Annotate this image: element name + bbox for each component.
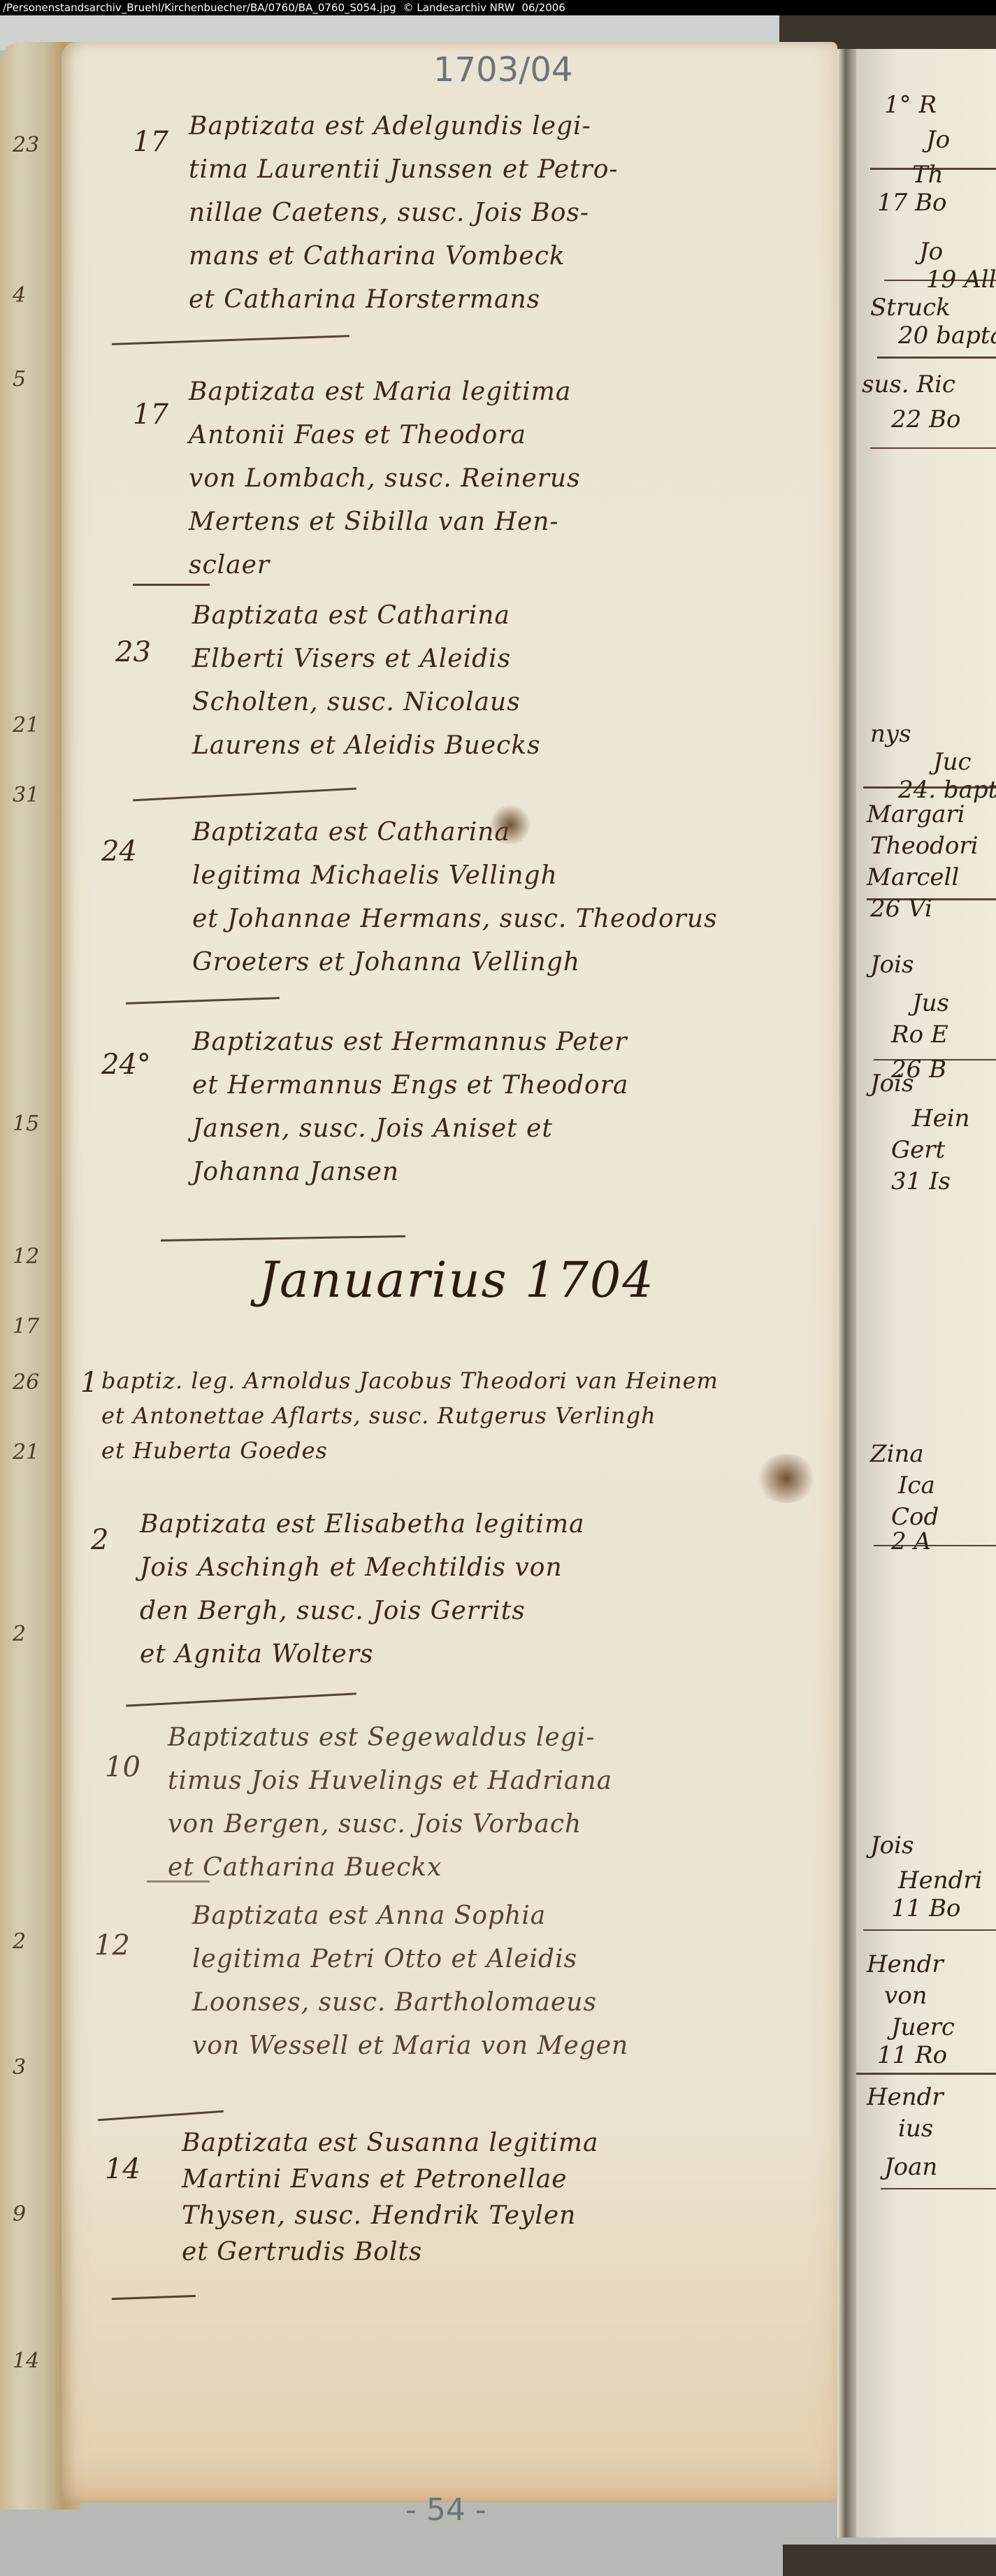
entry-line: et Agnita Wolters [140, 1633, 585, 1676]
facing-divider [884, 280, 996, 281]
entry-line: den Bergh, susc. Jois Gerrits [140, 1590, 585, 1633]
edge-number: 2 [13, 1622, 26, 1646]
entry-line: mans et Catharina Vombeck [189, 235, 619, 278]
facing-text: sus. Ric [862, 370, 955, 398]
facing-text: 11 Bo [891, 1894, 961, 1922]
facing-text: 24. bapti [898, 776, 996, 804]
entry-line: sclaer [189, 544, 581, 587]
edge-number: 21 [13, 713, 39, 737]
entry-line: Groeters et Johanna Vellingh [192, 941, 718, 984]
facing-text: von [884, 1982, 928, 2010]
entry-line: von Bergen, susc. Jois Vorbach [168, 1803, 612, 1846]
pencil-year-annotation: 1703/04 [433, 50, 572, 89]
entry-day: 12 [94, 1929, 130, 1962]
facing-divider [863, 1929, 996, 1931]
entry-line: Thysen, susc. Hendrik Teylen [182, 2198, 598, 2234]
facing-divider [877, 357, 996, 359]
entry-line: Scholten, susc. Nicolaus [192, 681, 541, 724]
entry-line: tima Laurentii Junssen et Petro- [189, 148, 619, 192]
facing-text: ius [898, 2115, 933, 2143]
facing-text: Jois [870, 1832, 914, 1859]
facing-text: 11 Ro [877, 2041, 947, 2069]
entry-line: Johanna Jansen [192, 1151, 628, 1194]
facing-text: Hendr [867, 1950, 944, 1978]
facing-text: 20 bapta [898, 322, 996, 350]
entry-line: et Huberta Goedes [101, 1433, 719, 1468]
facing-text: Jus [912, 989, 949, 1017]
entry-line: et Catharina Horstermans [189, 278, 619, 322]
entry-day: 10 [105, 1751, 140, 1783]
entry-line: et Hermannus Engs et Theodora [192, 1064, 628, 1107]
page-number: - 54 - [405, 2492, 486, 2528]
facing-divider [874, 1059, 996, 1060]
entry-line: Baptizata est Catharina [192, 811, 718, 854]
entry-line: Baptizata est Catharina [192, 594, 541, 638]
edge-number: 9 [13, 2202, 26, 2226]
entry-day: 24 [101, 835, 137, 868]
edge-number: 4 [13, 283, 26, 308]
entry-day: 14 [105, 2153, 140, 2185]
entry-line: Baptizatus est Hermannus Peter [192, 1021, 628, 1064]
facing-divider [867, 898, 996, 900]
facing-text: Juerc [891, 2013, 955, 2041]
facing-text: Marcell [867, 863, 959, 891]
entry-line: timus Jois Huvelings et Hadriana [168, 1760, 612, 1803]
ink-blot [489, 804, 531, 846]
entry-day: 2 [91, 1524, 108, 1556]
facing-text: Zina [870, 1440, 924, 1468]
facing-text: Theodori [870, 832, 979, 860]
entry-line: Elberti Visers et Aleidis [192, 638, 541, 681]
entry-line: Baptizata est Elisabetha legitima [140, 1503, 585, 1546]
entry-line: et Gertrudis Bolts [182, 2234, 598, 2271]
facing-divider [870, 168, 996, 170]
facing-text: 1° R [884, 91, 937, 119]
entry-line: Baptizata est Susanna legitima [182, 2125, 598, 2161]
facing-text: Ica [898, 1472, 935, 1499]
copyright-text: © Landesarchiv NRW [403, 1, 515, 14]
entry-line: nillae Caetens, susc. Jois Bos- [189, 192, 619, 235]
facing-text: Joan [884, 2153, 937, 2181]
facing-divider [881, 2188, 996, 2189]
facing-text: Juc [933, 748, 972, 776]
facing-divider [870, 447, 996, 449]
edge-number: 31 [13, 783, 39, 807]
entry-line: Baptizata est Anna Sophia [192, 1894, 628, 1938]
facing-text: Th [912, 161, 944, 189]
facing-text: Hendri [898, 1866, 983, 1894]
facing-text: Gert [891, 1136, 945, 1164]
facing-divider [863, 786, 996, 789]
entry-line: Martini Evans et Petronellae [182, 2161, 598, 2198]
edge-number: 15 [13, 1111, 39, 1136]
entry-line: von Lombach, susc. Reinerus [189, 457, 581, 501]
facing-text: 17 Bo [877, 189, 947, 217]
scan-date: 06/2006 [522, 1, 565, 14]
entry-line: Jois Aschingh et Mechtildis von [140, 1546, 585, 1590]
facing-text: 31 Is [891, 1167, 951, 1195]
entry-line: Jansen, susc. Jois Aniset et [192, 1107, 628, 1151]
facing-text: Ro E [891, 1021, 948, 1049]
entry-line: Baptizatus est Segewaldus legi- [168, 1716, 612, 1760]
edge-number: 21 [13, 1440, 39, 1465]
entry-line: legitima Michaelis Vellingh [192, 854, 718, 898]
entry-line: Antonii Faes et Theodora [189, 414, 581, 457]
entry-day: 24° [101, 1049, 151, 1081]
facing-divider [874, 1545, 996, 1546]
entry-line: Laurens et Aleidis Buecks [192, 724, 541, 768]
entry-day: 17 [133, 126, 168, 158]
entry-day: 1 [80, 1367, 98, 1399]
facing-text: Jo [919, 238, 943, 266]
facing-text: Jois [870, 951, 914, 979]
facing-text: Hendr [867, 2083, 944, 2111]
entry-line: et Antonettae Aflarts, susc. Rutgerus Ve… [101, 1398, 719, 1433]
facing-page: 1° R Jo Th 17 Bo Jo 19 Allegi Struck 20 … [856, 49, 996, 2538]
entry-line: et Catharina Bueckx [168, 1846, 612, 1890]
ink-blot [755, 1454, 818, 1503]
entry-line: Loonses, susc. Bartholomaeus [192, 1981, 628, 2024]
entry-day: 23 [115, 636, 151, 668]
entry-line: von Wessell et Maria von Megen [192, 2024, 628, 2068]
edge-number: 17 [13, 1314, 39, 1339]
facing-text: Hein [912, 1104, 970, 1132]
entry-divider [133, 584, 210, 586]
facing-text: 2 A [891, 1527, 931, 1555]
facing-text: 22 Bo [891, 405, 961, 433]
edge-number: 3 [13, 2055, 26, 2080]
file-path: /Personenstandsarchiv_Bruehl/Kirchenbuec… [3, 1, 396, 14]
entry-day: 17 [133, 398, 168, 431]
entry-line: Baptizata est Maria legitima [189, 370, 581, 414]
edge-number: 2 [13, 1929, 26, 1954]
entry-divider [147, 1880, 210, 1883]
facing-text: Cod [891, 1503, 939, 1531]
archive-caption-bar: /Personenstandsarchiv_Bruehl/Kirchenbuec… [0, 0, 996, 15]
facing-text: Jo [926, 126, 950, 154]
edge-number: 26 [13, 1370, 39, 1395]
entry-line: baptiz. leg. Arnoldus Jacobus Theodori v… [101, 1363, 719, 1398]
edge-number: 12 [13, 1244, 39, 1269]
facing-text: Jois [870, 1070, 914, 1098]
entry-line: Mertens et Sibilla van Hen- [189, 501, 581, 544]
edge-number: 5 [13, 367, 26, 391]
edge-number: 14 [13, 2349, 39, 2373]
scan-backdrop-bottom [783, 2545, 996, 2576]
facing-text: nys [870, 720, 911, 748]
entry-line: Baptizata est Adelgundis legi- [189, 105, 619, 148]
entry-line: legitima Petri Otto et Aleidis [192, 1938, 628, 1981]
facing-text: Margari [867, 800, 965, 828]
facing-text: Struck [870, 294, 951, 322]
month-heading: Januarius 1704 [259, 1251, 655, 1309]
facing-divider [856, 2073, 996, 2075]
edge-number: 23 [13, 133, 39, 157]
entry-line: et Johannae Hermans, susc. Theodorus [192, 898, 718, 941]
